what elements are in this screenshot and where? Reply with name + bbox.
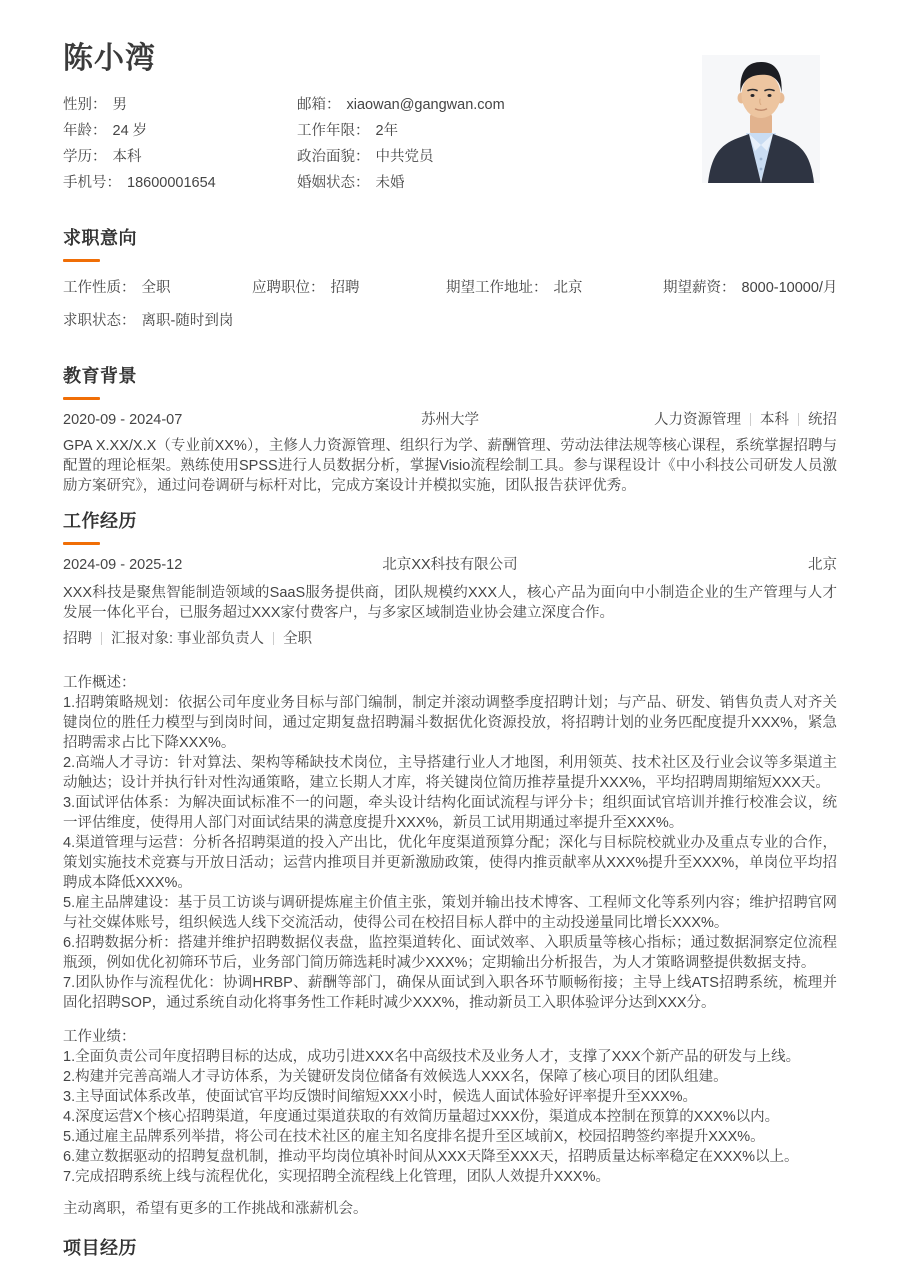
intent-status: 求职状态：离职-随时到岗 [63, 311, 837, 331]
info-value: 18600001654 [127, 175, 216, 191]
overview-item: 7.团队协作与流程优化：协调HRBP、薪酬等部门，确保从面试到入职各环节顺畅衔接… [63, 973, 837, 1013]
info-label: 年龄： [63, 123, 107, 139]
education-row: 2020-09 - 2024-07 苏州大学 人力资源管理本科统招 [63, 410, 837, 430]
section-title: 求职意向 [63, 227, 837, 249]
overview-item: 1.招聘策略规划：依据公司年度业务目标与部门编制，制定并滚动调整季度招聘计划；与… [63, 693, 837, 753]
education-description: GPA X.XX/X.X（专业前XX%），主修人力资源管理、组织行为学、薪酬管理… [63, 436, 837, 496]
info-value: 中共党员 [376, 149, 434, 165]
achievement-item: 2.构建并完善高端人才寻访体系，为关键研发岗位储备有效候选人XXX名，保障了核心… [63, 1067, 837, 1087]
accent-bar [63, 259, 100, 262]
overview-item: 3.面试评估体系：为解决面试标准不一的问题，牵头设计结构化面试流程与评分卡；组织… [63, 793, 837, 833]
field-label: 期望工作地址： [446, 280, 548, 296]
work-achievements: 工作业绩： 1.全面负责公司年度招聘目标的达成，成功引进XXX名中高级技术及业务… [63, 1027, 837, 1187]
field-value: 北京 [554, 280, 583, 296]
achievement-item: 3.主导面试体系改革，使面试官平均反馈时间缩短XXX小时，候选人面试体验好评率提… [63, 1087, 837, 1107]
info-label: 工作年限： [297, 123, 370, 139]
info-label: 婚姻状态： [297, 175, 370, 191]
info-education: 学历：本科 [63, 144, 297, 170]
overview-item: 6.招聘数据分析：搭建并维护招聘数据仪表盘，监控渠道转化、面试效率、入职质量等核… [63, 933, 837, 973]
overview-item: 5.雇主品牌建设：基于员工访谈与调研提炼雇主价值主张，策划并输出技术博客、工程师… [63, 893, 837, 933]
field-value: 8000-10000/月 [742, 280, 838, 296]
achievement-item: 5.通过雇主品牌系列举措，将公司在技术社区的雇主知名度排名提升至区域前X，校园招… [63, 1127, 837, 1147]
info-email: 邮箱：xiaowan@gangwan.com [297, 92, 683, 118]
work-meta: 招聘汇报对象: 事业部负责人全职 [63, 629, 837, 649]
info-age: 年龄：24 岁 [63, 118, 297, 144]
info-label: 邮箱： [297, 97, 341, 113]
info-phone: 手机号：18600001654 [63, 170, 297, 196]
achievement-item: 1.全面负责公司年度招聘目标的达成，成功引进XXX名中高级技术及业务人才，支撑了… [63, 1047, 837, 1067]
overview-item: 4.渠道管理与运营：分析各招聘渠道的投入产出比，优化年度渠道预算分配；深化与目标… [63, 833, 837, 893]
section-projects: 项目经历 [63, 1237, 837, 1259]
divider [101, 632, 102, 645]
overview-title: 工作概述： [63, 673, 837, 693]
field-label: 求职状态： [63, 313, 136, 329]
info-value: 24 岁 [113, 123, 148, 139]
divider [798, 413, 799, 426]
info-label: 性别： [63, 97, 107, 113]
field-label: 应聘职位： [252, 280, 325, 296]
achievement-item: 6.建立数据驱动的招聘复盘机制，推动平均岗位填补时间从XXX天降至XXX天，招聘… [63, 1147, 837, 1167]
work-job-type: 全职 [283, 631, 312, 647]
intent-job-type: 工作性质：全职 [63, 278, 252, 298]
education-major: 人力资源管理 [654, 412, 741, 428]
work-overview: 工作概述： 1.招聘策略规划：依据公司年度业务目标与部门编制，制定并滚动调整季度… [63, 673, 837, 1013]
work-company: 北京XX科技有限公司 [382, 555, 517, 575]
section-title: 项目经历 [63, 1237, 837, 1259]
achievement-item: 4.深度运营X个核心招聘渠道，年度通过渠道获取的有效简历量超过XXX份，渠道成本… [63, 1107, 837, 1127]
accent-bar [63, 542, 100, 545]
info-political-status: 政治面貌：中共党员 [297, 144, 683, 170]
info-label: 学历： [63, 149, 107, 165]
work-location: 北京 [518, 555, 837, 575]
info-gender: 性别：男 [63, 92, 297, 118]
education-period: 2020-09 - 2024-07 [63, 410, 421, 430]
work-report-to: 汇报对象: 事业部负责人 [111, 631, 264, 647]
section-title: 教育背景 [63, 365, 837, 387]
basic-info-grid: 性别：男 邮箱：xiaowan@gangwan.com 年龄：24 岁 工作年限… [63, 92, 683, 196]
education-degree: 本科 [760, 412, 789, 428]
education-school: 苏州大学 [421, 410, 479, 430]
field-value: 招聘 [331, 280, 360, 296]
work-row: 2024-09 - 2025-12 北京XX科技有限公司 北京 [63, 555, 837, 575]
field-label: 期望薪资： [663, 280, 736, 296]
info-value: 2年 [376, 123, 399, 139]
info-label: 政治面貌： [297, 149, 370, 165]
company-intro: XXX科技是聚焦智能制造领域的SaaS服务提供商，团队规模约XXX人，核心产品为… [63, 583, 837, 623]
field-label: 工作性质： [63, 280, 136, 296]
info-value: 本科 [113, 149, 142, 165]
info-marital-status: 婚姻状态：未婚 [297, 170, 683, 196]
education-tags: 人力资源管理本科统招 [479, 410, 837, 430]
leave-reason: 主动离职，希望有更多的工作挑战和涨薪机会。 [63, 1199, 837, 1219]
info-value: 未婚 [376, 175, 405, 191]
job-intention-row: 工作性质：全职 应聘职位：招聘 期望工作地址：北京 期望薪资：8000-1000… [63, 278, 837, 298]
intent-location: 期望工作地址：北京 [446, 278, 663, 298]
info-value: 男 [113, 97, 128, 113]
field-value: 离职-随时到岗 [142, 313, 234, 329]
work-period: 2024-09 - 2025-12 [63, 555, 382, 575]
section-education: 教育背景 2020-09 - 2024-07 苏州大学 人力资源管理本科统招 G… [63, 365, 837, 496]
info-value: xiaowan@gangwan.com [347, 97, 505, 113]
section-job-intention: 求职意向 工作性质：全职 应聘职位：招聘 期望工作地址：北京 期望薪资：8000… [63, 227, 837, 331]
profile-photo [702, 55, 820, 183]
divider [273, 632, 274, 645]
field-value: 全职 [142, 280, 171, 296]
resume-page: 陈小湾 性别：男 邮箱：xiaowan@gangwan.com 年龄：24 岁 … [0, 0, 900, 1275]
section-title: 工作经历 [63, 510, 837, 532]
info-work-years: 工作年限：2年 [297, 118, 683, 144]
education-enrollment: 统招 [808, 412, 837, 428]
achievements-title: 工作业绩： [63, 1027, 837, 1047]
intent-salary: 期望薪资：8000-10000/月 [663, 278, 837, 298]
work-position: 招聘 [63, 631, 92, 647]
achievement-item: 7.完成招聘系统上线与流程优化，实现招聘全流程线上化管理，团队人效提升XXX%。 [63, 1167, 837, 1187]
divider [750, 413, 751, 426]
info-label: 手机号： [63, 175, 121, 191]
intent-position: 应聘职位：招聘 [252, 278, 446, 298]
accent-bar [63, 397, 100, 400]
section-work-experience: 工作经历 2024-09 - 2025-12 北京XX科技有限公司 北京 XXX… [63, 510, 837, 1219]
resume-header: 陈小湾 性别：男 邮箱：xiaowan@gangwan.com 年龄：24 岁 … [63, 42, 837, 196]
profile-photo-illustration [702, 55, 820, 183]
overview-item: 2.高端人才寻访：针对算法、架构等稀缺技术岗位，主导搭建行业人才地图，利用领英、… [63, 753, 837, 793]
